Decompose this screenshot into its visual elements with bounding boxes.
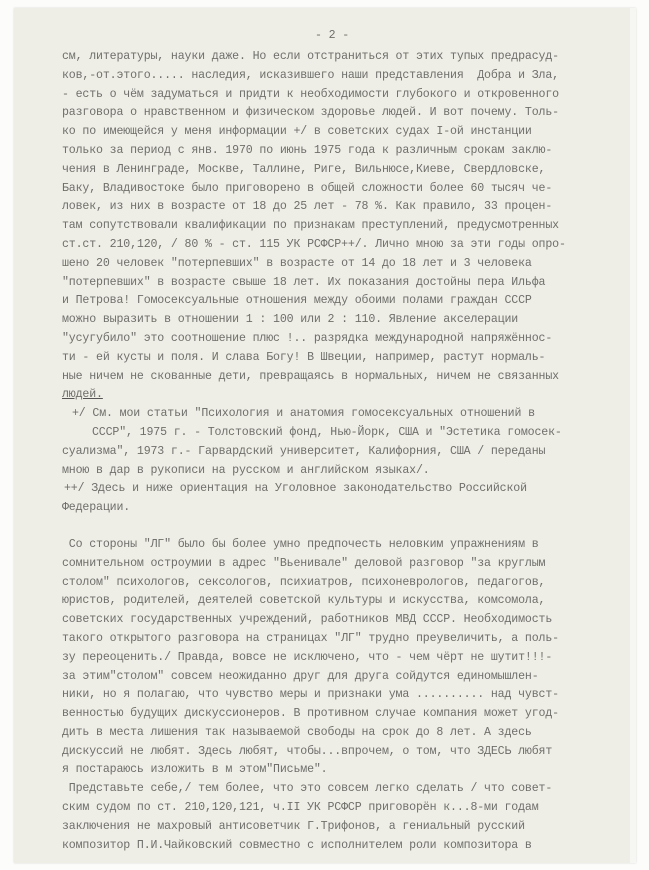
text-line: ти - ей кусты и поля. И слава Богу! В Шв… [62, 349, 622, 368]
text-line: ники, но я полагаю, что чувство меры и п… [62, 686, 622, 705]
paragraph-2: Со стороны "ЛГ" было бы более умно предп… [62, 536, 622, 780]
text-line: можно выразить в отношении 1 : 100 или 2… [62, 311, 622, 330]
text-line: венностью будущих дискуссионеров. В прот… [62, 705, 622, 724]
text-line: Баку, Владивостоке было приговорено в об… [62, 180, 622, 199]
text-line: дискуссий не любят. Здесь любят, чтобы..… [62, 743, 622, 762]
text-line: такого открытого разговора на страницах … [62, 630, 622, 649]
footnote-2-cont: Федерации. [62, 499, 622, 518]
footnote-1: +/ См. мои статьи "Психология и анатомия… [62, 405, 622, 424]
text-line: чения в Ленинграде, Москве, Таллине, Риг… [62, 161, 622, 180]
text-line: и Петрова! Гомосексуальные отношения меж… [62, 292, 622, 311]
typewritten-text: - 2 - см, литературы, науки даже. Но есл… [62, 24, 622, 855]
text-line: ные ничем не скованные дети, превращаясь… [62, 368, 622, 387]
text-line: композитор П.И.Чайковский совместно с ис… [62, 837, 622, 856]
text-line: Представьте себе,/ тем более, что это со… [62, 780, 622, 799]
text-line: дить в места лишения так называемой своб… [62, 724, 622, 743]
text-line: заключения не махровый антисоветчик Г.Тр… [62, 818, 622, 837]
footnote-2: ++/ Здесь и ниже ориентация на Уголовное… [62, 480, 622, 499]
text-line: юристов, родителей, деятелей советской к… [62, 592, 622, 611]
text-line-underlined: людей. [62, 386, 622, 405]
text-line: ко по имеющейся у меня информации +/ в с… [62, 123, 622, 142]
paragraph-1: см, литературы, науки даже. Но если отст… [62, 48, 622, 405]
text-line: разговора о нравственном и физическом зд… [62, 104, 622, 123]
text-line: я постараюсь изложить в м этом"Письме". [62, 761, 622, 780]
footnote-1-cont: СССР", 1975 г. - Толстовский фонд, Нью-Й… [62, 424, 622, 443]
text-line: шено 20 человек "потерпевших" в возрасте… [62, 255, 622, 274]
paragraph-3: Представьте себе,/ тем более, что это со… [62, 780, 622, 855]
text-line: - есть о чём задуматься и придти к необх… [62, 86, 622, 105]
text-line: за этим"столом" совсем неожиданно друг д… [62, 668, 622, 687]
text-line: советских государственных учреждений, ра… [62, 611, 622, 630]
footnote-1-cont: мною в дар в рукописи на русском и англи… [62, 462, 622, 481]
text-line: там сопутствовали квалификации по призна… [62, 217, 622, 236]
text-line: ловек, из них в возрасте от 18 до 25 лет… [62, 198, 622, 217]
text-line: столом" психологов, сексологов, психиатр… [62, 574, 622, 593]
document-page: - 2 - см, литературы, науки даже. Но есл… [14, 8, 636, 863]
text-line: только за период с янв. 1970 по июнь 197… [62, 142, 622, 161]
text-line: зу переоценить./ Правда, вовсе не исключ… [62, 649, 622, 668]
text-line: "потерпевших" в возрасте свыше 18 лет. И… [62, 274, 622, 293]
footnote-1-cont: суализма", 1973 г.- Гарвардский универси… [62, 443, 622, 462]
text-line: Со стороны "ЛГ" было бы более умно предп… [62, 536, 622, 555]
text-line: ским судом по ст. 210,120,121, ч.II УК Р… [62, 799, 622, 818]
footnotes: +/ См. мои статьи "Психология и анатомия… [62, 405, 622, 518]
page-number: - 2 - [42, 24, 622, 48]
text-line: ст.ст. 210,120, / 80 % - ст. 115 УК РСФС… [62, 236, 622, 255]
text-line: см, литературы, науки даже. Но если отст… [62, 48, 622, 67]
text-line: ков,-от.этого..... наследия, исказившего… [62, 67, 622, 86]
text-line: "усугубило" это соотношение плюс !.. раз… [62, 330, 622, 349]
text-line: сомнительном остроумии в адрес "Вьенивал… [62, 555, 622, 574]
